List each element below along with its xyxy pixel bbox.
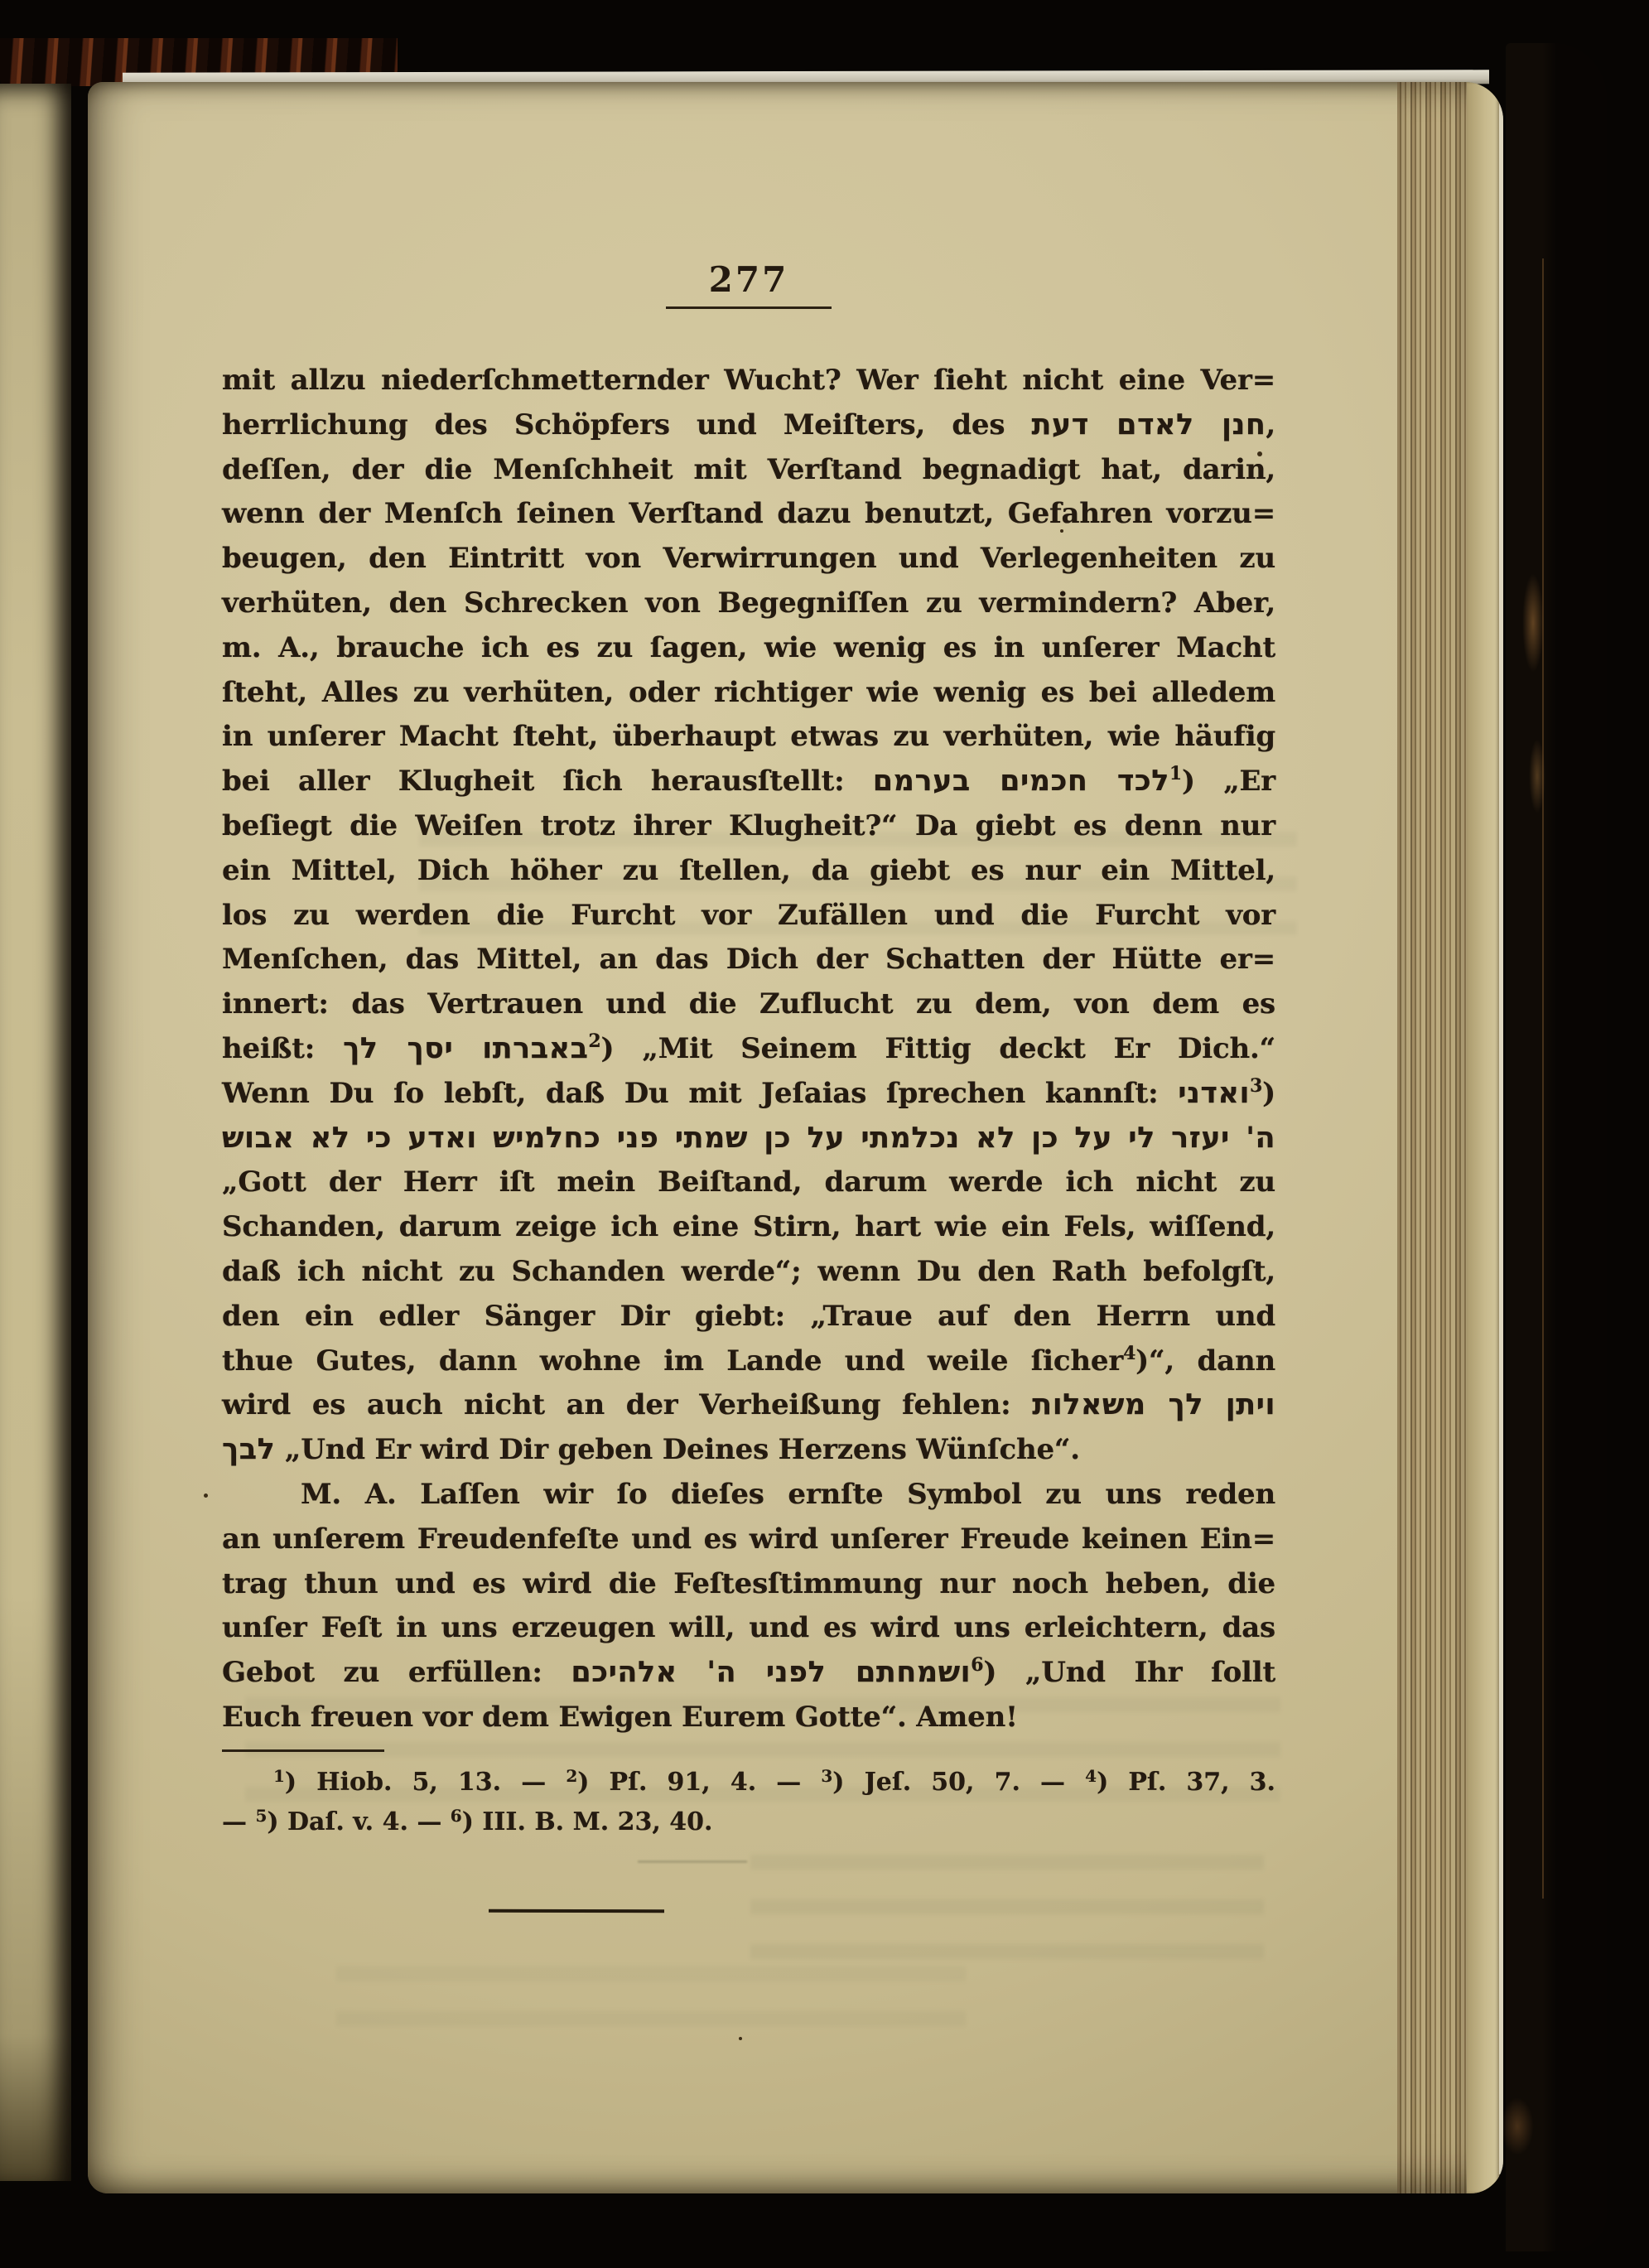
hebrew-text: לבך xyxy=(222,1433,275,1466)
german-text: ) Pſ. 37, 3. xyxy=(1097,1768,1275,1797)
german-text: „Gott der Herr iſt mein Beiſtand, darum … xyxy=(222,1165,1275,1199)
bleed-through-line xyxy=(638,1860,747,1863)
footnote-marker: 2 xyxy=(566,1766,577,1786)
footnote-marker: 4 xyxy=(1123,1343,1135,1364)
german-text: deſſen, der die Menſchheit mit Verſtand … xyxy=(222,453,1275,486)
german-text: ) „Und Ihr ſollt xyxy=(983,1656,1275,1689)
german-text: ) Hiob. 5, 13. — xyxy=(285,1768,566,1797)
german-text: ) Jeſ. 50, 7. — xyxy=(832,1768,1085,1797)
german-text: in unſerer Macht ſteht, überhaupt etwas … xyxy=(222,720,1275,753)
german-text: ) III. B. M. 23, 40. xyxy=(462,1807,713,1836)
german-text: bei aller Klugheit ſich herausſtellt: xyxy=(222,765,873,798)
footnote-marker: 6 xyxy=(451,1806,462,1826)
german-text: ) „Mit Seinem Fittig deckt Er Dich.“ xyxy=(601,1032,1275,1065)
body-line: los zu werden die Furcht vor Zufällen un… xyxy=(222,894,1275,939)
footnote-marker: 1 xyxy=(273,1766,285,1786)
footnote-marker: 5 xyxy=(255,1806,267,1826)
footnote-marker: 3 xyxy=(1250,1075,1262,1097)
german-text: verhüten, den Schrecken von Begegniſſen … xyxy=(222,586,1275,620)
page-number-rule xyxy=(666,306,832,309)
bleed-through-smudge xyxy=(336,1946,966,2045)
german-text: wenn der Menſch ſeinen Verſtand dazu ben… xyxy=(222,497,1275,530)
german-text: ) Daſ. v. 4. — xyxy=(267,1807,450,1836)
body-line: m. A., brauche ich es zu ſagen, wie weni… xyxy=(222,626,1275,671)
back-cover-edge xyxy=(1506,43,1607,2251)
german-text: ) xyxy=(1262,1077,1275,1110)
german-text: m. A., brauche ich es zu ſagen, wie weni… xyxy=(222,631,1275,664)
body-line: Gebot zu erfüllen: ושמחתם לפני ה' אלהיכם… xyxy=(222,1651,1275,1696)
german-text: „Und Er wird Dir geben Deines Herzens Wü… xyxy=(275,1433,1080,1466)
body-line: „Gott der Herr iſt mein Beiſtand, darum … xyxy=(222,1161,1275,1205)
body-line: ein Mittel, Dich höher zu ſtellen, da gi… xyxy=(222,849,1275,894)
german-text: mit allzu niederſchmetternder Wucht? Wer… xyxy=(222,364,1275,397)
body-line: verhüten, den Schrecken von Begegniſſen … xyxy=(222,581,1275,626)
german-text: — xyxy=(222,1807,255,1836)
german-text: Schanden, darum zeige ich eine Stirn, ha… xyxy=(222,1210,1275,1243)
german-text: unſer Feſt in uns erzeugen will, und es … xyxy=(222,1611,1275,1644)
fore-edge-streaks xyxy=(1397,82,1467,2193)
hebrew-text: באברתו יסך לך xyxy=(343,1032,588,1065)
german-text: ) Pſ. 91, 4. — xyxy=(577,1768,821,1797)
cover-crack xyxy=(1542,258,1544,1899)
german-text: den ein edler Sänger Dir giebt: „Traue a… xyxy=(222,1300,1275,1333)
footnotes: 1) Hiob. 5, 13. — 2) Pſ. 91, 4. — 3) Jeſ… xyxy=(222,1763,1275,1842)
body-line: den ein edler Sänger Dir giebt: „Traue a… xyxy=(222,1295,1275,1339)
body-line: לבך „Und Er wird Dir geben Deines Herzen… xyxy=(222,1428,1275,1473)
footnote-marker: 3 xyxy=(821,1766,832,1786)
german-text: daß ich nicht zu Schanden werde“; wenn D… xyxy=(222,1255,1275,1288)
body-line: Menſchen, das Mittel, an das Dich der Sc… xyxy=(222,938,1275,982)
german-text: heißt: xyxy=(222,1032,343,1065)
body-line: beugen, den Eintritt von Verwirrungen un… xyxy=(222,537,1275,581)
hebrew-text: חנן לאדם דעת xyxy=(1032,408,1266,442)
footnote-marker: 2 xyxy=(588,1030,600,1052)
hebrew-text: ה' יעזר לי על כן לא נכלמתי על כן שמתי פנ… xyxy=(222,1122,1275,1155)
end-divider xyxy=(489,1909,664,1913)
hebrew-text: ושמחתם לפני ה' אלהיכם xyxy=(571,1656,971,1689)
body-line: ה' יעזר לי על כן לא נכלמתי על כן שמתי פנ… xyxy=(222,1117,1275,1161)
fore-edge-light-band xyxy=(1467,82,1499,2193)
cover-wear-spot xyxy=(1522,573,1544,673)
footnote-marker: 1 xyxy=(1169,763,1182,784)
german-text: thue Gutes, dann wohne im Lande und weil… xyxy=(222,1344,1123,1378)
body-line: beſiegt die Weiſen trotz ihrer Klugheit?… xyxy=(222,804,1275,849)
german-text: wird es auch nicht an der Verheißung feh… xyxy=(222,1388,1032,1421)
body-line: trag thun und es wird die Feſtesſtimmung… xyxy=(222,1562,1275,1607)
body-line: heißt: באברתו יסך לך2) „Mit Seinem Fitti… xyxy=(222,1027,1275,1072)
german-text: ſteht, Alles zu verhüten, oder richtiger… xyxy=(222,676,1275,709)
body-line: wird es auch nicht an der Verheißung feh… xyxy=(222,1383,1275,1428)
page-number: 277 xyxy=(222,259,1275,300)
body-line: thue Gutes, dann wohne im Lande und weil… xyxy=(222,1339,1275,1384)
hebrew-text: ואדני xyxy=(1178,1077,1250,1110)
german-text: los zu werden die Furcht vor Zufällen un… xyxy=(222,899,1275,932)
german-text: )“, dann xyxy=(1135,1344,1275,1378)
german-text: trag thun und es wird die Feſtesſtimmung… xyxy=(222,1567,1275,1600)
body-text: mit allzu niederſchmetternder Wucht? Wer… xyxy=(222,359,1275,1740)
footnote-line: 1) Hiob. 5, 13. — 2) Pſ. 91, 4. — 3) Jeſ… xyxy=(222,1763,1275,1802)
body-line: unſer Feſt in uns erzeugen will, und es … xyxy=(222,1606,1275,1651)
cover-wear-spot xyxy=(1501,2097,1534,2155)
body-line: wenn der Menſch ſeinen Verſtand dazu ben… xyxy=(222,492,1275,537)
body-line: bei aller Klugheit ſich herausſtellt: לכ… xyxy=(222,760,1275,804)
german-text: beſiegt die Weiſen trotz ihrer Klugheit?… xyxy=(222,809,1275,842)
cover-wear-spot xyxy=(1529,739,1545,813)
german-text: an unſerem Freudenfeſte und es wird unſe… xyxy=(222,1522,1275,1556)
facing-page-edge xyxy=(0,84,71,2181)
german-text: Gebot zu erfüllen: xyxy=(222,1656,571,1689)
german-text: Menſchen, das Mittel, an das Dich der Sc… xyxy=(222,943,1275,976)
german-text: beugen, den Eintritt von Verwirrungen un… xyxy=(222,542,1275,575)
body-line: an unſerem Freudenfeſte und es wird unſe… xyxy=(222,1518,1275,1562)
german-text: innert: das Vertrauen und die Zuflucht z… xyxy=(222,987,1275,1021)
paper-speck xyxy=(204,1494,208,1498)
footnote-rule xyxy=(222,1749,384,1752)
body-line: deſſen, der die Menſchheit mit Verſtand … xyxy=(222,448,1275,493)
body-line: daß ich nicht zu Schanden werde“; wenn D… xyxy=(222,1250,1275,1295)
footnote-marker: 6 xyxy=(971,1654,983,1676)
paper-speck xyxy=(739,2037,742,2040)
body-line: Schanden, darum zeige ich eine Stirn, ha… xyxy=(222,1205,1275,1250)
body-line: in unſerer Macht ſteht, überhaupt etwas … xyxy=(222,715,1275,760)
german-text: ein Mittel, Dich höher zu ſtellen, da gi… xyxy=(222,854,1275,887)
body-line: herrlichung des Schöpfers und Meiſters, … xyxy=(222,403,1275,448)
german-text: M. A. Laſſen wir ſo dieſes ernſte Symbol… xyxy=(301,1478,1275,1511)
book-page: 277 mit allzu niederſchmetternder Wucht?… xyxy=(88,82,1503,2193)
body-line: mit allzu niederſchmetternder Wucht? Wer… xyxy=(222,359,1275,403)
footnote-line: — 5) Daſ. v. 4. — 6) III. B. M. 23, 40. xyxy=(222,1802,1275,1842)
german-text: ) „Er xyxy=(1182,765,1275,798)
body-line: M. A. Laſſen wir ſo dieſes ernſte Symbol… xyxy=(222,1473,1275,1518)
german-text: , xyxy=(1266,408,1275,442)
hebrew-text: לכד חכמים בערמם xyxy=(873,765,1169,798)
body-line: ſteht, Alles zu verhüten, oder richtiger… xyxy=(222,671,1275,716)
book-scan: 277 mit allzu niederſchmetternder Wucht?… xyxy=(0,0,1649,2268)
body-line: Wenn Du ſo lebſt, daß Du mit Jeſaias ſpr… xyxy=(222,1072,1275,1117)
german-text: Wenn Du ſo lebſt, daß Du mit Jeſaias ſpr… xyxy=(222,1077,1178,1110)
fore-edge-highlight xyxy=(1499,84,1503,2174)
footnote-marker: 4 xyxy=(1085,1766,1097,1786)
body-line: innert: das Vertrauen und die Zuflucht z… xyxy=(222,982,1275,1027)
body-line: Euch freuen vor dem Ewigen Eurem Gotte“.… xyxy=(222,1696,1275,1740)
hebrew-text: ויתן לך משאלות xyxy=(1032,1388,1275,1421)
german-text: Euch freuen vor dem Ewigen Eurem Gotte“.… xyxy=(222,1701,1018,1734)
german-text: herrlichung des Schöpfers und Meiſters, … xyxy=(222,408,1032,442)
